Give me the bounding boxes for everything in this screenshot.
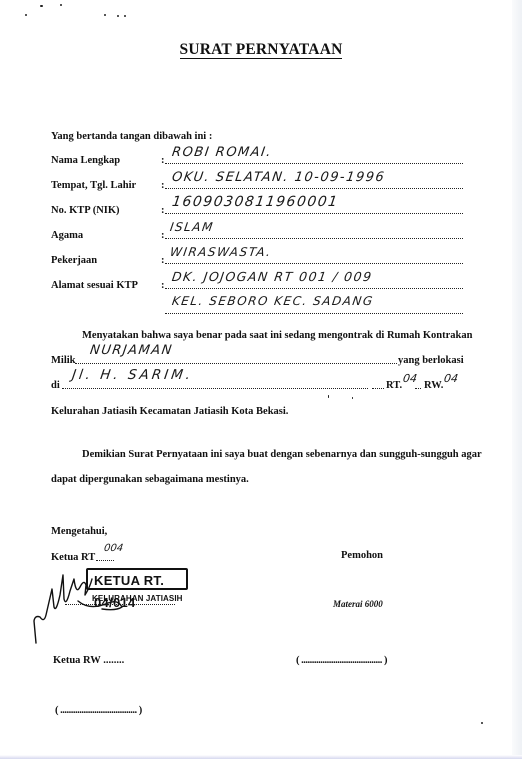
field-line-agama: [165, 238, 463, 239]
field-line-alamat-1: [165, 288, 463, 289]
rt-label: RT.: [386, 380, 402, 391]
ketua-rt-value: 004: [103, 543, 124, 554]
rt-trail-line: [415, 388, 421, 389]
scan-speck: [40, 5, 43, 7]
field-value-alamat-1: DK. JOJOGAN RT 001 / 009: [171, 269, 374, 284]
field-label-ttl: Tempat, Tgl. Lahir: [51, 180, 136, 191]
document-title: SURAT PERNYATAAN: [0, 41, 522, 59]
di-line: [62, 388, 368, 389]
rw-label: RW.: [424, 380, 443, 391]
intro-text: Yang bertanda tangan dibawah ini :: [51, 131, 212, 142]
rt-value: 04: [402, 372, 418, 385]
field-value-agama: ISLAM: [169, 220, 215, 234]
pemohon-label: Pemohon: [341, 550, 383, 561]
field-line-ttl: [165, 188, 463, 189]
statement-line-4: Kelurahan Jatiasih Kecamatan Jatiasih Ko…: [51, 406, 288, 417]
milik-line: [75, 363, 397, 364]
rt-leader-line: [372, 388, 384, 389]
pemohon-signature-blank: ( ......................................…: [296, 655, 387, 666]
field-label-alamat: Alamat sesuai KTP: [51, 280, 138, 291]
ketua-rw-signature-blank: ( .................................... ): [55, 705, 142, 716]
field-label-nik: No. KTP (NIK): [51, 205, 120, 216]
scan-speck: [117, 15, 119, 17]
field-value-pekerjaan: WIRASWASTA.: [169, 245, 273, 259]
field-label-pekerjaan: Pekerjaan: [51, 255, 97, 266]
field-label-agama: Agama: [51, 230, 83, 241]
field-value-ttl: OKU. SELATAN. 10-09-1996: [171, 170, 386, 185]
di-value: Jl. H. SARIM.: [71, 367, 194, 383]
scan-speck: [104, 14, 106, 16]
field-label-nama: Nama Lengkap: [51, 155, 120, 166]
colon: :: [161, 155, 165, 166]
document-title-text: SURAT PERNYATAAN: [180, 41, 343, 59]
materai-label: Materai 6000: [333, 599, 383, 609]
scan-speck: [352, 397, 353, 399]
statement-line-1: Menyatakan bahwa saya benar pada saat in…: [82, 330, 472, 341]
scan-edge-bottom: [0, 755, 522, 759]
closing-line-2: dapat dipergunakan sebagaimana mestinya.: [51, 474, 249, 485]
ketua-rw-label: Ketua RW ........: [53, 655, 124, 666]
scan-speck: [328, 395, 329, 398]
field-line-alamat-2: [165, 313, 463, 314]
colon: :: [161, 280, 165, 291]
ketua-rt-line: [96, 560, 114, 561]
field-line-nama: [165, 163, 463, 164]
milik-label: Milik: [51, 355, 76, 366]
scan-edge-right: [512, 0, 522, 759]
berlokasi-text: yang berlokasi: [398, 355, 464, 366]
colon: :: [161, 230, 165, 241]
di-label: di: [51, 380, 60, 391]
ketua-rt-label: Ketua RT: [51, 552, 95, 563]
field-value-nik: 1609030811960001: [171, 194, 340, 210]
ketua-rt-signature: [30, 565, 140, 645]
colon: :: [161, 180, 165, 191]
scan-speck: [60, 4, 62, 6]
milik-value: NURJAMAN: [89, 343, 174, 358]
scan-speck: [25, 14, 27, 16]
colon: :: [161, 255, 165, 266]
field-value-alamat-2: KEL. SEBORO KEC. SADANG: [171, 294, 375, 308]
field-value-nama: ROBI ROMAI.: [171, 145, 273, 160]
mengetahui-label: Mengetahui,: [51, 526, 107, 537]
field-line-pekerjaan: [165, 263, 463, 264]
rw-value: 04: [443, 372, 459, 385]
scan-speck: [124, 15, 126, 17]
closing-line-1: Demikian Surat Pernyataan ini saya buat …: [82, 449, 482, 460]
colon: :: [161, 205, 165, 216]
field-line-nik: [165, 213, 463, 214]
scan-speck: [481, 722, 483, 724]
